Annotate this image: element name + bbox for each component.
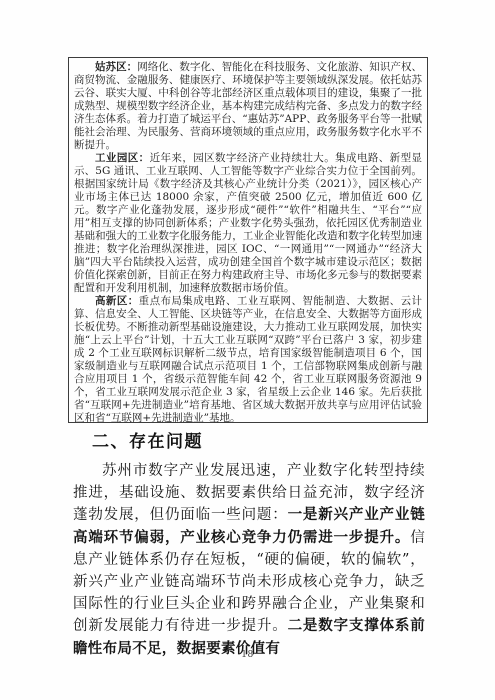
gusu-district-label: 姑苏区： xyxy=(95,61,137,73)
industrial-park-text: 近年来，园区数字经济产业持续壮大。集成电路、新型显示、5G 通讯、工业互联网、人… xyxy=(74,152,422,294)
issues-paragraph: 苏州市数字产业发展迅速，产业数字化转型持续推进，基础设施、数据要素供给日益充沛，… xyxy=(73,460,425,660)
paragraph-industrial-park: 工业园区：近年来，园区数字经济产业持续壮大。集成电路、新型显示、5G 通讯、工业… xyxy=(74,152,422,295)
section-heading: 二、存在问题 xyxy=(73,427,425,452)
paragraph-high-tech-zone: 高新区：重点布局集成电路、工业互联网、智能制造、大数据、云计算、信息安全、人工智… xyxy=(74,295,422,423)
district-overview-box: 姑苏区：网络化、数字化、智能化在科技服务、文化旅游、知识产权、商贸物流、金融服务… xyxy=(68,57,428,423)
gusu-district-text: 网络化、数字化、智能化在科技服务、文化旅游、知识产权、商贸物流、金融服务、健康医… xyxy=(74,61,422,151)
issues-section: 二、存在问题 苏州市数字产业发展迅速，产业数字化转型持续推进，基础设施、数据要素… xyxy=(73,427,425,660)
high-tech-zone-text: 重点布局集成电路、工业互联网、智能制造、大数据、云计算、信息安全、人工智能、区块… xyxy=(74,295,422,423)
document-page: 姑苏区：网络化、数字化、智能化在科技服务、文化旅游、知识产权、商贸物流、金融服务… xyxy=(0,0,495,700)
page-number: 18 xyxy=(0,650,495,660)
paragraph-gusu-district: 姑苏区：网络化、数字化、智能化在科技服务、文化旅游、知识产权、商贸物流、金融服务… xyxy=(74,61,422,152)
industrial-park-label: 工业园区： xyxy=(95,152,150,164)
high-tech-zone-label: 高新区： xyxy=(95,295,139,307)
